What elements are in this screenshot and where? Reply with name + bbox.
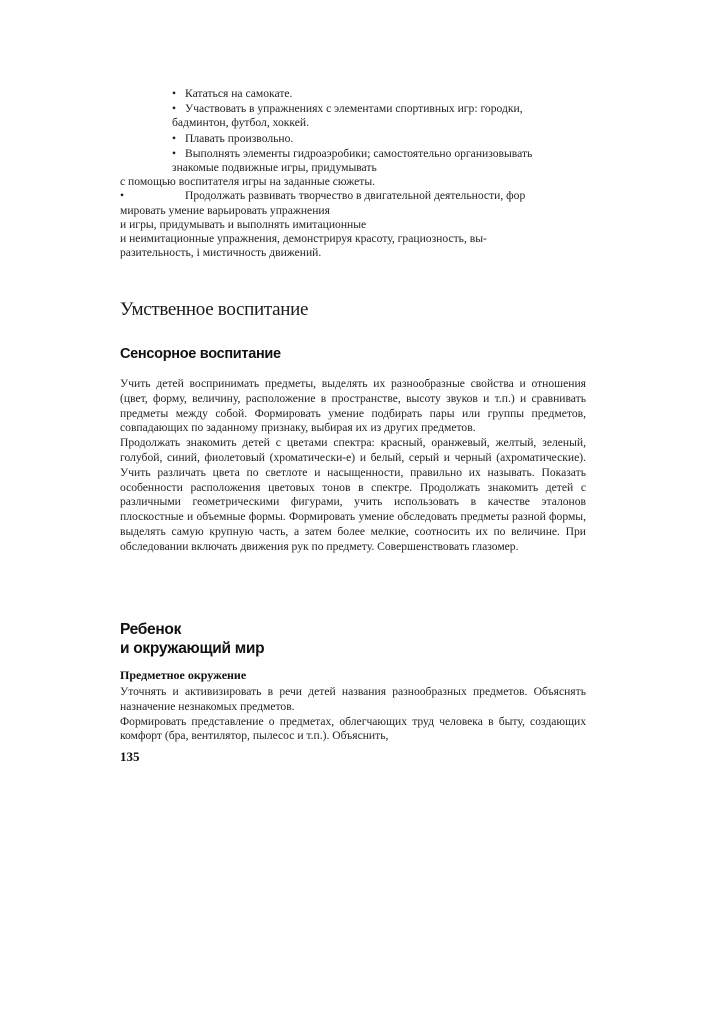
list-item: • Участвовать в упражнениях с элементами… [120,102,586,116]
list-item-continuation: бадминтон, футбол, хоккей. [120,116,586,130]
world-body: Уточнять и активизировать в речи детей н… [120,685,586,744]
list-item-continuation: знакомые подвижные игры, придумывать [120,161,586,175]
list-item: • Продолжать развивать творчество в двиг… [120,189,586,203]
list-item: • Выполнять элементы гидроаэробики; само… [120,147,586,161]
subsection-world-heading: Ребенок и окружающий мир [120,620,586,658]
list-trailing-text: с помощью воспитателя игры на заданные с… [120,175,586,189]
list-item-continuation: мировать умение варьировать упражнения [120,204,586,218]
subsection-title-line-1: Ребенок [120,620,586,639]
list-item-text: Продолжать развивать творчество в двигат… [185,189,525,202]
sensory-body: Учить детей воспринимать предметы, выдел… [120,377,586,555]
list-item-text: Кататься на самокате. [185,87,292,100]
section-heading-block: Умственное воспитание [120,299,586,321]
list-item-text: Участвовать в упражнениях с элементами с… [185,102,523,115]
list-item-text: Плавать произвольно. [185,132,293,145]
bullet-icon: • [172,132,176,146]
bullet-icon: • [172,102,176,116]
section-title: Умственное воспитание [120,299,586,321]
bullet-icon: • [172,87,176,101]
list-item: • Плавать произвольно. [120,132,586,146]
list-item-continuation: и неимитационные упражнения, демонстриру… [120,232,586,246]
list-item-continuation: разительность, і мистичность движений. [120,246,586,260]
subsection-world-minor-heading: Предметное окружение [120,668,586,683]
document-page: • Кататься на самокате. • Участвовать в … [0,0,724,1024]
paragraph: Учить детей воспринимать предметы, выдел… [120,377,586,436]
bullet-icon: • [172,147,176,161]
subsection-sensory-heading: Сенсорное воспитание [120,346,586,362]
activity-list: • Кататься на самокате. • Участвовать в … [120,87,586,260]
paragraph: Уточнять и активизировать в речи детей н… [120,685,586,715]
paragraph: Формировать представление о предметах, о… [120,715,586,745]
list-item-text: Выполнять элементы гидроаэробики; самост… [185,147,532,160]
minor-title: Предметное окружение [120,668,586,683]
list-item-continuation: и игры, придумывать и выполнять имитацио… [120,218,586,232]
subsection-title-line-2: и окружающий мир [120,639,586,658]
list-item: • Кататься на самокате. [120,87,586,101]
paragraph: Продолжать знакомить детей с цветами спе… [120,436,586,554]
bullet-icon: • [120,189,124,203]
page-number: 135 [120,749,140,765]
subsection-title: Сенсорное воспитание [120,346,586,362]
